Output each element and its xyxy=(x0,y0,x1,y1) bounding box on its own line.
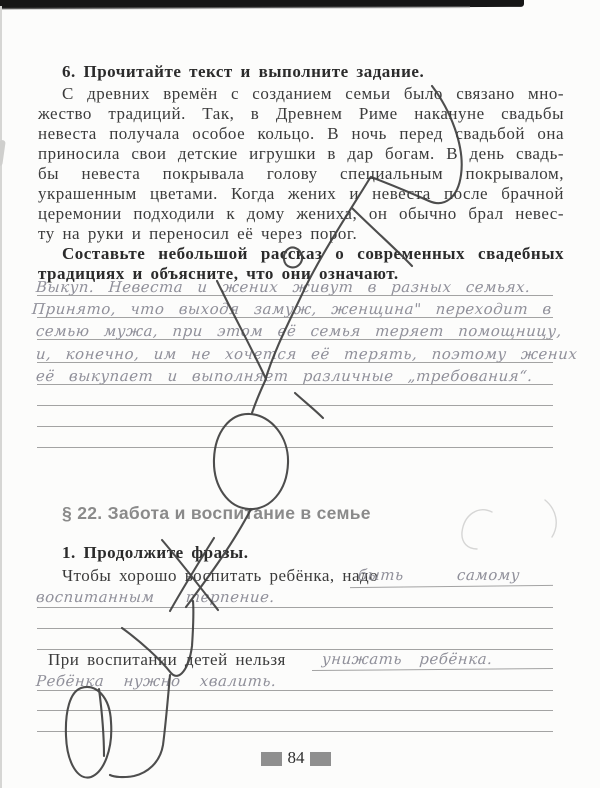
ruled-line xyxy=(37,447,553,448)
task6-text-line: бы невеста покрывала голову специальным … xyxy=(38,164,564,184)
task6-text-line: невеста получала особое кольцо. В ночь п… xyxy=(38,124,564,144)
task6-text-line: С древних времён с созданием семьи было … xyxy=(62,84,564,104)
ruled-line xyxy=(37,317,553,318)
phrase1-handwritten-inline: быть самому xyxy=(357,566,520,584)
task1-heading: 1. Продолжите фразы. xyxy=(62,543,248,563)
ruled-line xyxy=(37,628,553,629)
handwritten-answer-line: Принято, что выходя замуж, женщина" пере… xyxy=(31,300,552,318)
ruled-line xyxy=(37,384,553,385)
scan-edge-left xyxy=(0,6,2,788)
ruled-line xyxy=(37,339,553,340)
task6-text-line: украшенным цветами. Когда жених и невест… xyxy=(38,184,564,204)
task6-text-line: жество традиций. Так, в Древнем Риме нак… xyxy=(38,104,564,124)
scribble-stem xyxy=(252,381,265,413)
phrase2-printed: При воспитании детей нельзя xyxy=(48,650,286,670)
handwritten-answer-line: семью мужа, при этом её семья теряет пом… xyxy=(35,322,562,340)
task6-text-line: ту на руки и переносил её через порог. xyxy=(38,224,357,244)
task6-subtask-line: Составьте небольшой рассказ о современны… xyxy=(62,244,564,264)
scribble-bottom-oval xyxy=(66,687,111,778)
scribble-mid-oval xyxy=(214,414,288,509)
page-number-ornament-right xyxy=(310,752,331,766)
workbook-page-scan: 6. Прочитайте текст и выполните задание.… xyxy=(0,0,600,788)
ruled-line xyxy=(37,362,553,363)
task6-text-line: церемонии подходили к дому жениха, он об… xyxy=(38,204,564,224)
scan-edge-top-shadow xyxy=(0,6,470,10)
phrase2-handwritten-line2: Ребёнка нужно хвалить. xyxy=(35,672,277,690)
handwritten-answer-line: и, конечно, им не хочется её терять, поэ… xyxy=(35,345,578,363)
ruled-line xyxy=(37,405,553,406)
section22-heading: § 22. Забота и воспитание в семье xyxy=(62,503,371,524)
handwritten-answer-line: её выкупает и выполняет различные „требо… xyxy=(35,367,533,385)
handwritten-answer-line: Выкуп. Невеста и жених живут в разных се… xyxy=(35,278,531,296)
scan-edge-left-mark xyxy=(0,140,6,167)
scribble-bottom-oval-inner xyxy=(99,689,104,756)
ghost-arc-left xyxy=(462,510,492,549)
ruled-line xyxy=(37,710,553,711)
page-number-ornament-left xyxy=(261,752,282,766)
answer-blank-line xyxy=(312,668,553,671)
task6-text-line: приносила свои детские игрушки в дар бог… xyxy=(38,144,564,164)
ruled-line xyxy=(37,690,553,691)
ruled-line xyxy=(37,731,553,732)
ruled-line xyxy=(37,607,553,608)
phrase1-handwritten-line2: воспитанным терпение. xyxy=(35,588,275,606)
task6-heading: 6. Прочитайте текст и выполните задание. xyxy=(62,62,424,82)
phrase2-handwritten-inline: унижать ребёнка. xyxy=(321,650,493,668)
answer-blank-line xyxy=(350,585,553,588)
page-number: 84 xyxy=(281,748,311,768)
ghost-arc-right xyxy=(545,500,556,537)
ruled-line xyxy=(37,295,553,296)
ruled-line xyxy=(37,426,553,427)
phrase1-printed: Чтобы хорошо воспитать ребёнка, надо xyxy=(62,566,378,586)
